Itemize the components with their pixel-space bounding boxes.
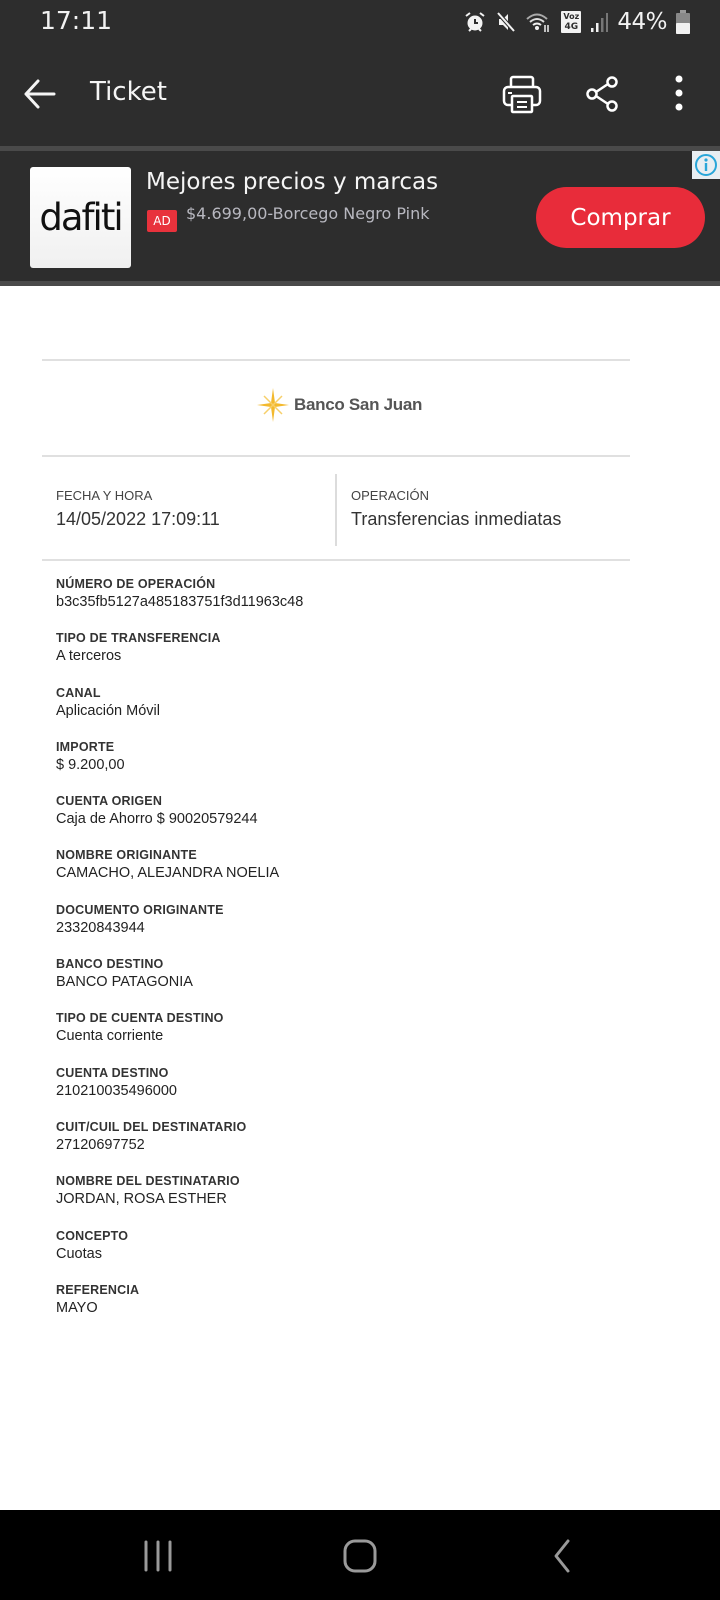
detail-value: $ 9.200,00 <box>56 755 616 776</box>
detail-value: Caja de Ahorro $ 90020579244 <box>56 809 616 830</box>
detail-value: Cuenta corriente <box>56 1026 616 1047</box>
summary-separator <box>335 474 337 546</box>
print-icon[interactable] <box>502 74 542 114</box>
detail-label: BANCO DESTINO <box>56 956 616 972</box>
ad-title[interactable]: Mejores precios y marcas <box>146 169 438 195</box>
more-options-icon[interactable] <box>664 74 694 114</box>
ad-brand-logo[interactable]: dafiti <box>30 167 131 268</box>
detail-value: 23320843944 <box>56 918 616 939</box>
detail-label: NÚMERO DE OPERACIÓN <box>56 576 616 592</box>
datetime-label: FECHA Y HORA <box>56 488 152 503</box>
alarm-icon <box>464 11 486 33</box>
detail-row: TIPO DE TRANSFERENCIAA terceros <box>56 630 616 684</box>
ad-divider <box>0 281 720 286</box>
detail-value: BANCO PATAGONIA <box>56 972 616 993</box>
detail-value: CAMACHO, ALEJANDRA NOELIA <box>56 863 616 884</box>
detail-label: REFERENCIA <box>56 1282 616 1298</box>
bank-logo: Banco San Juan <box>256 387 422 423</box>
detail-value: Aplicación Móvil <box>56 701 616 722</box>
logo-divider <box>42 455 630 457</box>
detail-value: b3c35fb5127a485183751f3d11963c48 <box>56 592 616 613</box>
detail-label: TIPO DE CUENTA DESTINO <box>56 1010 616 1026</box>
detail-row: NOMBRE DEL DESTINATARIOJORDAN, ROSA ESTH… <box>56 1173 616 1227</box>
detail-row: CONCEPTOCuotas <box>56 1228 616 1282</box>
receipt-top-divider <box>42 359 630 361</box>
detail-row: CANALAplicación Móvil <box>56 685 616 739</box>
ad-badge: AD <box>147 210 177 232</box>
detail-label: CUIT/CUIL DEL DESTINATARIO <box>56 1119 616 1135</box>
status-icons: Voz 4G 44% <box>464 8 690 36</box>
detail-label: CANAL <box>56 685 616 701</box>
detail-label: CONCEPTO <box>56 1228 616 1244</box>
detail-label: NOMBRE ORIGINANTE <box>56 847 616 863</box>
detail-row: REFERENCIAMAYO <box>56 1282 616 1336</box>
home-icon[interactable] <box>340 1536 380 1576</box>
detail-label: CUENTA DESTINO <box>56 1065 616 1081</box>
detail-value: A terceros <box>56 646 616 667</box>
detail-value: 27120697752 <box>56 1135 616 1156</box>
status-time: 17:11 <box>40 6 112 35</box>
volte-label: Voz <box>561 12 581 22</box>
bank-star-icon <box>256 387 290 423</box>
detail-label: TIPO DE TRANSFERENCIA <box>56 630 616 646</box>
summary-divider <box>42 559 630 561</box>
wifi-icon <box>526 11 552 33</box>
app-bar: Ticket <box>0 46 720 146</box>
detail-row: NOMBRE ORIGINANTECAMACHO, ALEJANDRA NOEL… <box>56 847 616 901</box>
ad-info-icon[interactable] <box>692 151 720 179</box>
battery-icon <box>676 10 690 34</box>
ad-buy-button[interactable]: Comprar <box>536 187 705 248</box>
operation-value: Transferencias inmediatas <box>351 509 561 530</box>
battery-percentage: 44% <box>617 9 667 35</box>
detail-row: CUIT/CUIL DEL DESTINATARIO27120697752 <box>56 1119 616 1173</box>
detail-row: DOCUMENTO ORIGINANTE23320843944 <box>56 902 616 956</box>
detail-value: 210210035496000 <box>56 1081 616 1102</box>
detail-label: CUENTA ORIGEN <box>56 793 616 809</box>
detail-label: DOCUMENTO ORIGINANTE <box>56 902 616 918</box>
back-arrow-icon[interactable] <box>22 76 58 112</box>
operation-label: OPERACIÓN <box>351 488 429 503</box>
signal-icon <box>590 11 608 33</box>
datetime-value: 14/05/2022 17:09:11 <box>56 509 220 530</box>
ad-subtitle[interactable]: $4.699,00-Borcego Negro Pink <box>186 204 430 223</box>
back-icon[interactable] <box>548 1536 578 1576</box>
mute-icon <box>495 11 517 33</box>
ad-brand-name: dafiti <box>39 196 121 239</box>
system-nav-bar <box>0 1510 720 1600</box>
status-bar: 17:11 Voz 4G 44% <box>0 0 720 46</box>
receipt-details: NÚMERO DE OPERACIÓNb3c35fb5127a485183751… <box>56 576 616 1336</box>
detail-row: CUENTA DESTINO210210035496000 <box>56 1065 616 1119</box>
detail-value: JORDAN, ROSA ESTHER <box>56 1189 616 1210</box>
volte-4g-icon: Voz 4G <box>561 11 581 33</box>
detail-label: NOMBRE DEL DESTINATARIO <box>56 1173 616 1189</box>
detail-row: NÚMERO DE OPERACIÓNb3c35fb5127a485183751… <box>56 576 616 630</box>
detail-row: BANCO DESTINOBANCO PATAGONIA <box>56 956 616 1010</box>
ad-banner[interactable]: dafiti Mejores precios y marcas AD $4.69… <box>0 151 720 281</box>
page-title: Ticket <box>90 77 167 107</box>
4g-label: 4G <box>561 22 581 32</box>
detail-row: IMPORTE$ 9.200,00 <box>56 739 616 793</box>
bank-name: Banco San Juan <box>294 395 422 415</box>
detail-value: MAYO <box>56 1298 616 1319</box>
detail-row: CUENTA ORIGENCaja de Ahorro $ 9002057924… <box>56 793 616 847</box>
detail-label: IMPORTE <box>56 739 616 755</box>
recent-apps-icon[interactable] <box>140 1538 176 1574</box>
detail-row: TIPO DE CUENTA DESTINOCuenta corriente <box>56 1010 616 1064</box>
detail-value: Cuotas <box>56 1244 616 1265</box>
share-icon[interactable] <box>584 74 620 114</box>
